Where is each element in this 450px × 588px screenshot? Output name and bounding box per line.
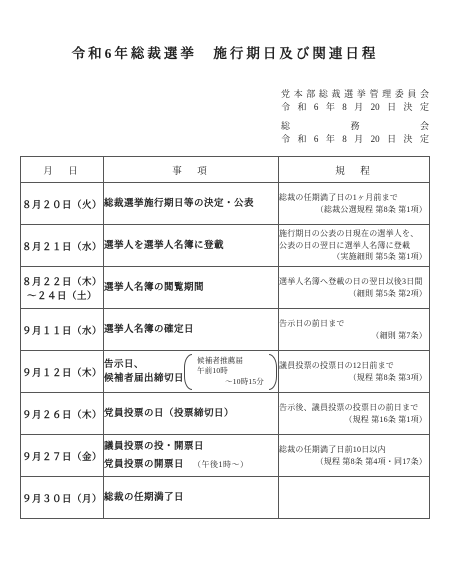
- table-row: ８月２０日（火） 総裁選挙施行期日等の決定・公表 総裁の任期満了日の1ヶ月前まで…: [21, 183, 430, 225]
- table-row: ８月２２日（木） ～２４日（土） 選挙人名簿の閲覧期間 選挙人名簿へ登載の日の翌…: [21, 267, 430, 309]
- regulation-cell: 総裁の任期満了日前10日以内 （規程 第8条 第4項・同17条）: [279, 435, 430, 477]
- date-cell: ９月１１日（水）: [21, 309, 104, 351]
- approval-date: 令和6年8月20日決定: [281, 133, 429, 146]
- item-label: 議員投票の投・開票日: [104, 440, 278, 454]
- regulation-citation: （規程 第8条 第3項）: [279, 372, 429, 384]
- note-text: 候補者推薦届: [197, 356, 267, 367]
- left-paren-icon: [184, 354, 192, 390]
- regulation-citation: （規程 第8条 第4項・同17条）: [279, 456, 429, 468]
- date-text: ９月１２日（木）: [21, 365, 103, 379]
- document-page: 令和6年総裁選挙 施行期日及び関連日程 党本部総裁選挙管理委員会 令和6年8月2…: [0, 0, 450, 588]
- item-label: 選挙人名簿の確定日: [104, 323, 278, 337]
- date-text: ９月２６日（木）: [21, 407, 103, 421]
- item-cell: 選挙人名簿の閲覧期間: [104, 267, 279, 309]
- table-row: ８月２１日（水） 選挙人を選挙人名簿に登載 施行期日の公表の日現在の選挙人を、 …: [21, 225, 430, 267]
- item-label: 候補者届出締切日: [104, 372, 184, 386]
- table-row: ９月２７日（金） 議員投票の投・開票日 党員投票の開票日（午後1時～） 総裁の任…: [21, 435, 430, 477]
- date-text: ９月１１日（水）: [21, 323, 103, 337]
- item-cell: 総裁の任期満了日: [104, 477, 279, 519]
- regulation-cell: 施行期日の公表の日現在の選挙人を、 公表の日の翌日に選挙人名簿に登載 （実施細則…: [279, 225, 430, 267]
- approval-election-committee: 党本部総裁選挙管理委員会 令和6年8月20日決定: [281, 88, 429, 114]
- date-text: ９月２７日（金）: [21, 449, 103, 463]
- item-cell: 選挙人を選挙人名簿に登載: [104, 225, 279, 267]
- date-cell: ８月２２日（木） ～２４日（土）: [21, 267, 104, 309]
- approval-date: 令和6年8月20日決定: [281, 101, 429, 114]
- item-label: 党員投票の日（投票締切日）: [104, 407, 278, 421]
- date-text: ９月３０日（月）: [21, 491, 103, 505]
- regulation-cell: 告示日の前日まで （細則 第7条）: [279, 309, 430, 351]
- regulation-text: 総裁の任期満了日の1ヶ月前まで: [279, 192, 429, 204]
- date-text: ８月２２日（木）: [21, 274, 103, 288]
- candidate-note-bracket: 候補者推薦届 午前10時 ～10時15分: [184, 354, 277, 390]
- item-cell: 党員投票の日（投票締切日）: [104, 393, 279, 435]
- item-cell: 選挙人名簿の確定日: [104, 309, 279, 351]
- note-text: ～10時15分: [197, 377, 267, 388]
- date-cell: ８月２１日（水）: [21, 225, 104, 267]
- date-cell: ９月３０日（月）: [21, 477, 104, 519]
- regulation-citation: （総裁公選規程 第8条 第1項）: [279, 204, 429, 216]
- table-row: ９月１１日（水） 選挙人名簿の確定日 告示日の前日まで （細則 第7条）: [21, 309, 430, 351]
- item-label: 選挙人を選挙人名簿に登載: [104, 239, 278, 253]
- regulation-cell: 議員投票の投票日の12日前まで （規程 第8条 第3項）: [279, 351, 430, 393]
- approval-org: 党本部総裁選挙管理委員会: [281, 88, 429, 101]
- col-header-item: 事 項: [104, 157, 279, 183]
- item-time-note: （午後1時～）: [193, 460, 249, 469]
- regulation-text: 公表の日の翌日に選挙人名簿に登載: [279, 240, 429, 252]
- regulation-citation: （細則 第5条 第2項）: [279, 288, 429, 300]
- regulation-text: 告示日の前日まで: [279, 318, 429, 330]
- header-row: 月 日 事 項 規 程: [21, 157, 430, 183]
- regulation-citation: （規程 第16条 第1項）: [279, 414, 429, 426]
- date-cell: ８月２０日（火）: [21, 183, 104, 225]
- document-title: 令和6年総裁選挙 施行期日及び関連日程: [0, 0, 450, 62]
- item-cell: 総裁選挙施行期日等の決定・公表: [104, 183, 279, 225]
- right-paren-icon: [269, 354, 277, 390]
- item-cell: 議員投票の投・開票日 党員投票の開票日（午後1時～）: [104, 435, 279, 477]
- item-label: 党員投票の開票日: [104, 459, 184, 470]
- regulation-citation: （実施細則 第5条 第1項）: [279, 251, 429, 263]
- schedule-table: 月 日 事 項 規 程 ８月２０日（火） 総裁選挙施行期日等の決定・公表 総裁の…: [20, 156, 430, 519]
- regulation-text: 総裁の任期満了日前10日以内: [279, 444, 429, 456]
- note-text: 午前10時: [197, 366, 267, 377]
- table-row: ９月１２日（木） 告示日、 候補者届出締切日 候補者推薦届 午前10時: [21, 351, 430, 393]
- date-cell: ９月２６日（木）: [21, 393, 104, 435]
- date-text: ８月２０日（火）: [21, 197, 103, 211]
- regulation-cell-empty: [279, 477, 430, 519]
- approval-block: 党本部総裁選挙管理委員会 令和6年8月20日決定 総 務 会 令和6年8月20日…: [281, 88, 429, 146]
- regulation-citation: （細則 第7条）: [279, 330, 429, 342]
- table-row: ９月３０日（月） 総裁の任期満了日: [21, 477, 430, 519]
- col-header-date: 月 日: [21, 157, 104, 183]
- regulation-text: 告示後、議員投票の投票日の前日まで: [279, 402, 429, 414]
- approval-org: 総 務 会: [281, 120, 429, 133]
- date-cell: ９月１２日（木）: [21, 351, 104, 393]
- table-row: ９月２６日（木） 党員投票の日（投票締切日） 告示後、議員投票の投票日の前日まで…: [21, 393, 430, 435]
- date-text-line2: ～２４日（土）: [21, 288, 103, 302]
- col-header-regulation: 規 程: [279, 157, 430, 183]
- regulation-cell: 告示後、議員投票の投票日の前日まで （規程 第16条 第1項）: [279, 393, 430, 435]
- regulation-text: 施行期日の公表の日現在の選挙人を、: [279, 228, 429, 240]
- regulation-text: 選挙人名簿へ登載の日の翌日以後3日間: [279, 276, 429, 288]
- regulation-text: 議員投票の投票日の12日前まで: [279, 360, 429, 372]
- item-label: 選挙人名簿の閲覧期間: [104, 281, 278, 295]
- item-label: 告示日、: [104, 358, 184, 372]
- regulation-cell: 選挙人名簿へ登載の日の翌日以後3日間 （細則 第5条 第2項）: [279, 267, 430, 309]
- date-cell: ９月２７日（金）: [21, 435, 104, 477]
- item-label: 総裁選挙施行期日等の決定・公表: [104, 197, 278, 211]
- regulation-cell: 総裁の任期満了日の1ヶ月前まで （総裁公選規程 第8条 第1項）: [279, 183, 430, 225]
- approval-general-council: 総 務 会 令和6年8月20日決定: [281, 120, 429, 146]
- item-cell: 告示日、 候補者届出締切日 候補者推薦届 午前10時 ～10時15分: [104, 351, 279, 393]
- item-label: 総裁の任期満了日: [104, 491, 278, 505]
- date-text: ８月２１日（水）: [21, 239, 103, 253]
